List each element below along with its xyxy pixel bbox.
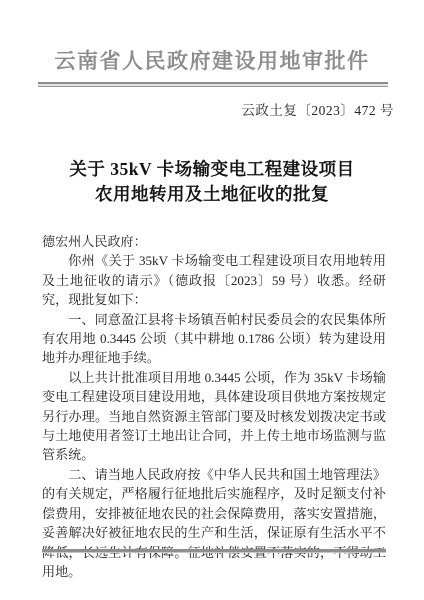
masthead-divider — [38, 82, 388, 87]
title-line-1: 关于 35kV 卡场输变电工程建设项目 — [30, 157, 394, 182]
document-masthead: 云南省人民政府建设用地审批件 — [0, 46, 424, 76]
title-line-2: 农用地转用及土地征收的批复 — [30, 182, 394, 207]
paragraph-item-1-summary: 以上共计批准项目用地 0.3445 公顷，作为 35kV 卡场输变电工程建设项目… — [42, 368, 386, 465]
paragraph-item-2: 二、请当地人民政府按《中华人民共和国土地管理法》的有关规定，严格履行征地批后实施… — [42, 465, 386, 581]
paragraph-intro: 你州《关于 35kV 卡场输变电工程建设项目农用地转用及土地征收的请示》（德政报… — [42, 251, 386, 309]
document-body: 德宏州人民政府： 你州《关于 35kV 卡场输变电工程建设项目农用地转用及土地征… — [0, 232, 424, 581]
document-number: 云政土复〔2023〕472 号 — [0, 101, 424, 121]
document-page: 云南省人民政府建设用地审批件 云政土复〔2023〕472 号 关于 35kV 卡… — [0, 0, 424, 600]
paragraph-item-1: 一、同意盈江县将卡场镇吾帕村民委员会的农民集体所有农用地 0.3445 公顷（其… — [42, 310, 386, 368]
document-title: 关于 35kV 卡场输变电工程建设项目 农用地转用及土地征收的批复 — [30, 157, 394, 207]
footer-divider — [42, 549, 386, 553]
salutation: 德宏州人民政府： — [42, 232, 386, 251]
